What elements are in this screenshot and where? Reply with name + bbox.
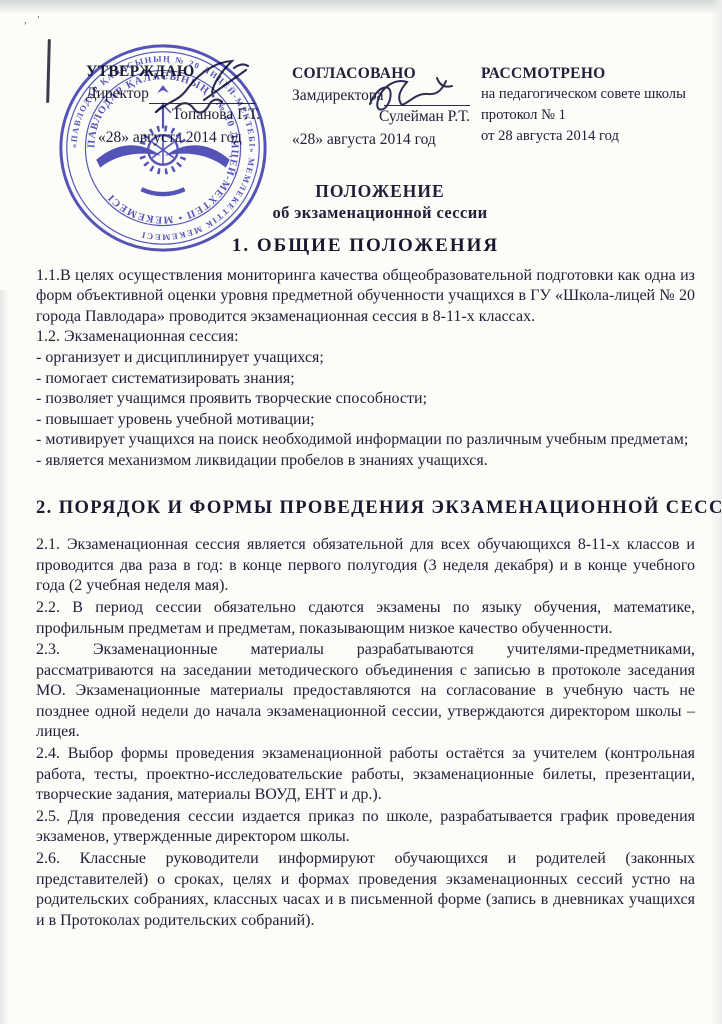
document-title-line2: об экзаменационной сессии: [60, 202, 700, 224]
section2-heading: 2. ПОРЯДОК И ФОРМЫ ПРОВЕДЕНИЯ ЭКЗАМЕНАЦИ…: [36, 498, 695, 519]
document-body: 1. ОБЩИЕ ПОЛОЖЕНИЯ 1.1.В целях осуществл…: [36, 236, 695, 931]
list-item: - организует и дисциплинирует учащихся;: [36, 348, 695, 369]
scan-specks: , ': [24, 14, 43, 26]
document-title-line1: ПОЛОЖЕНИЕ: [60, 180, 700, 202]
paragraph-2-5: 2.5. Для проведения сессии издается прик…: [36, 807, 695, 848]
deputy-signature: [363, 70, 461, 120]
scan-edge-left: [0, 290, 9, 1024]
paragraph-1-1: 1.1.В целях осуществления мониторинга ка…: [36, 266, 695, 328]
section1-heading: 1. ОБЩИЕ ПОЛОЖЕНИЯ: [36, 236, 695, 257]
agree-date: «28» августа 2014 год: [292, 130, 470, 150]
paragraph-2-4: 2.4. Выбор формы проведения экзаменацион…: [36, 744, 695, 806]
review-line-3: от 28 августа 2014 год: [481, 126, 713, 147]
paragraph-2-6: 2.6. Классные руководители информируют о…: [36, 849, 695, 931]
review-line-2: протокол № 1: [481, 105, 713, 126]
paragraph-2-3: 2.3. Экзаменационные материалы разрабаты…: [36, 640, 695, 743]
pen-mark: [46, 39, 51, 103]
list-item: - позволяет учащимся проявить творческие…: [36, 389, 695, 410]
review-title: РАССМОТРЕНО: [481, 64, 713, 84]
paragraph-1-2: 1.2. Экзаменационная сессия:: [36, 327, 695, 348]
approval-block-review: РАССМОТРЕНО на педагогическом совете шко…: [481, 64, 713, 147]
document-title: ПОЛОЖЕНИЕ об экзаменационной сессии: [60, 180, 700, 224]
list-item: - повышает уровень учебной мотивации;: [36, 410, 695, 431]
review-line-1: на педагогическом совете школы: [481, 84, 713, 105]
scanned-document-page: , ' УТВЕРЖДАЮ Директор Топанова Г.Т. «28…: [0, 0, 722, 1024]
paragraph-2-2: 2.2. В период сессии обязательно сдаются…: [36, 598, 695, 639]
list-item: - мотивирует учащихся на поиск необходим…: [36, 430, 695, 451]
paragraph-2-1: 2.1. Экзаменационная сессия является обя…: [36, 535, 695, 597]
scan-edge-top: [0, 0, 722, 14]
list-item: - помогает систематизировать знания;: [36, 369, 695, 390]
list-item: - является механизмом ликвидации пробело…: [36, 451, 695, 472]
